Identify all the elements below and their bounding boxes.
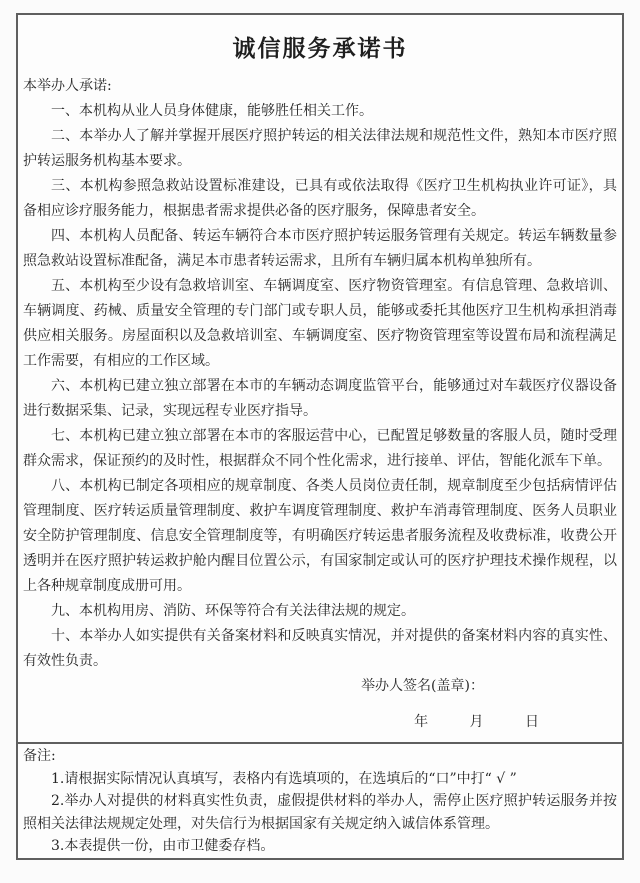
intro-line: 本举办人承诺: xyxy=(23,74,617,99)
commitment-item-10: 十、本举办人如实提供有关备案材料和反映真实情况，并对提供的备案材料内容的真实性、… xyxy=(23,624,617,674)
commitment-item-9: 九、本机构用房、消防、环保等符合有关法律法规的规定。 xyxy=(23,599,617,624)
document-page: 诚信服务承诺书 本举办人承诺: 一、本机构从业人员身体健康，能够胜任相关工作。 … xyxy=(0,0,640,883)
notes-section: 备注: 1.请根据实际情况认真填写，表格内有选填项的，在选填后的“口”中打“ √… xyxy=(18,742,622,858)
commitment-item-1: 一、本机构从业人员身体健康，能够胜任相关工作。 xyxy=(23,99,617,124)
note-item-2: 2.举办人对提供的材料真实性负责，虚假提供材料的举办人，需停止医疗照护转运服务并… xyxy=(23,790,617,835)
date-year-label: 年 xyxy=(414,710,428,735)
commitment-item-2: 二、本举办人了解并掌握开展医疗照护转运的相关法律法规和规范性文件，熟知本市医疗照… xyxy=(23,124,617,174)
date-month-label: 月 xyxy=(470,710,484,735)
commitment-section: 诚信服务承诺书 本举办人承诺: 一、本机构从业人员身体健康，能够胜任相关工作。 … xyxy=(18,15,622,742)
commitment-item-4: 四、本机构人员配备、转运车辆符合本市医疗照护转运服务管理有关规定。转运车辆数量参… xyxy=(23,224,617,274)
note-item-3: 3.本表提供一份，由市卫健委存档。 xyxy=(23,835,617,858)
commitment-body: 本举办人承诺: 一、本机构从业人员身体健康，能够胜任相关工作。 二、本举办人了解… xyxy=(23,74,617,735)
commitment-item-3: 三、本机构参照急救站设置标准建设，已具有或依法取得《医疗卫生机构执业许可证》，具… xyxy=(23,174,617,224)
date-row: 年 月 日 xyxy=(23,710,617,735)
commitment-item-6: 六、本机构已建立独立部署在本市的车辆动态调度监管平台，能够通过对车载医疗仪器设备… xyxy=(23,374,617,424)
signature-row: 举办人签名(盖章)： xyxy=(23,674,617,699)
commitment-letter-form: 诚信服务承诺书 本举办人承诺: 一、本机构从业人员身体健康，能够胜任相关工作。 … xyxy=(16,13,624,860)
notes-label: 备注: xyxy=(23,745,617,768)
signature-label: 举办人签名(盖章)： xyxy=(361,678,484,694)
document-title: 诚信服务承诺书 xyxy=(23,35,617,63)
date-day-label: 日 xyxy=(525,710,539,735)
commitment-item-8: 八、本机构已制定各项相应的规章制度、各类人员岗位责任制，规章制度至少包括病情评估… xyxy=(23,474,617,599)
note-item-1: 1.请根据实际情况认真填写，表格内有选填项的，在选填后的“口”中打“ √ ” xyxy=(23,768,617,791)
commitment-item-5: 五、本机构至少设有急救培训室、车辆调度室、医疗物资管理室。有信息管理、急救培训、… xyxy=(23,274,617,374)
commitment-item-7: 七、本机构已建立独立部署在本市的客服运营中心，已配置足够数量的客服人员，随时受理… xyxy=(23,424,617,474)
